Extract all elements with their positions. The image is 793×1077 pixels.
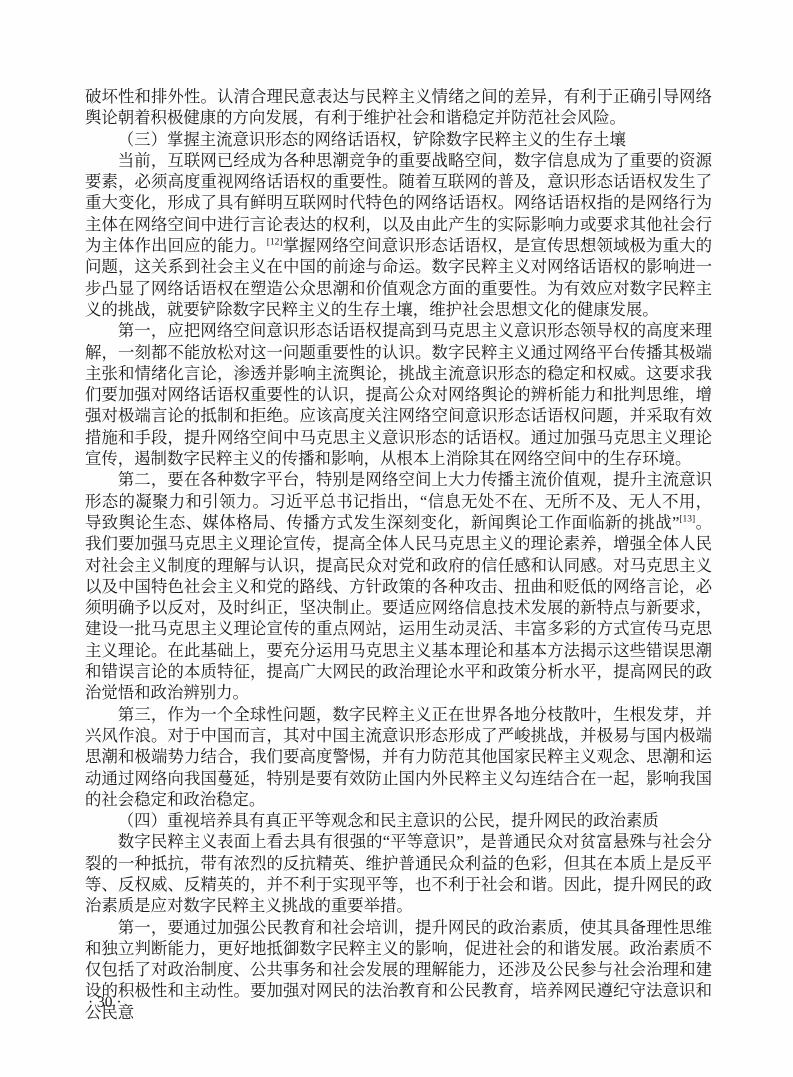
- paragraph-diyi-a: 第一，应把网络空间意识形态话语权提高到马克思主义意识形态领导权的高度来理解，一刻…: [85, 320, 712, 469]
- section-heading-three: （三）掌握主流意识形态的网络话语权，铲除数字民粹主义的生存土壤: [85, 129, 712, 150]
- paragraph-dier: 第二，要在各种数字平台，特别是网络空间上大力传播主流价值观，提升主流意识形态的凝…: [85, 469, 712, 703]
- paragraph-disan: 第三，作为一个全球性问题，数字民粹主义正在世界各地分枝散叶，生根发芽，并兴风作浪…: [85, 704, 712, 810]
- article-body: 破坏性和排外性。认清合理民意表达与民粹主义情绪之间的差异，有利于正确引导网络舆论…: [85, 86, 712, 1023]
- document-page: 破坏性和排外性。认清合理民意表达与民粹主义情绪之间的差异，有利于正确引导网络舆论…: [0, 0, 793, 1077]
- footnote-ref: [13]: [679, 514, 695, 524]
- paragraph-continuation: 破坏性和排外性。认清合理民意表达与民粹主义情绪之间的差异，有利于正确引导网络舆论…: [85, 86, 712, 129]
- footnote-ref: [12]: [267, 238, 283, 248]
- page-number: · 30 ·: [88, 994, 122, 1011]
- paragraph-diyi-b: 第一，要通过加强公民教育和社会培训，提升网民的政治素质，使其具备理性思维和独立判…: [85, 917, 712, 1023]
- paragraph-biaomian: 数字民粹主义表面上看去具有很强的“平等意识”，是普通民众对贫富悬殊与社会分裂的一…: [85, 831, 712, 916]
- paragraph-dangqian: 当前，互联网已经成为各种思潮竞争的重要战略空间，数字信息成为了重要的资源要素，必…: [85, 150, 712, 320]
- section-heading-four: （四）重视培养具有真正平等观念和民主意识的公民，提升网民的政治素质: [85, 810, 712, 831]
- page-footer: · 30 ·: [88, 992, 122, 1013]
